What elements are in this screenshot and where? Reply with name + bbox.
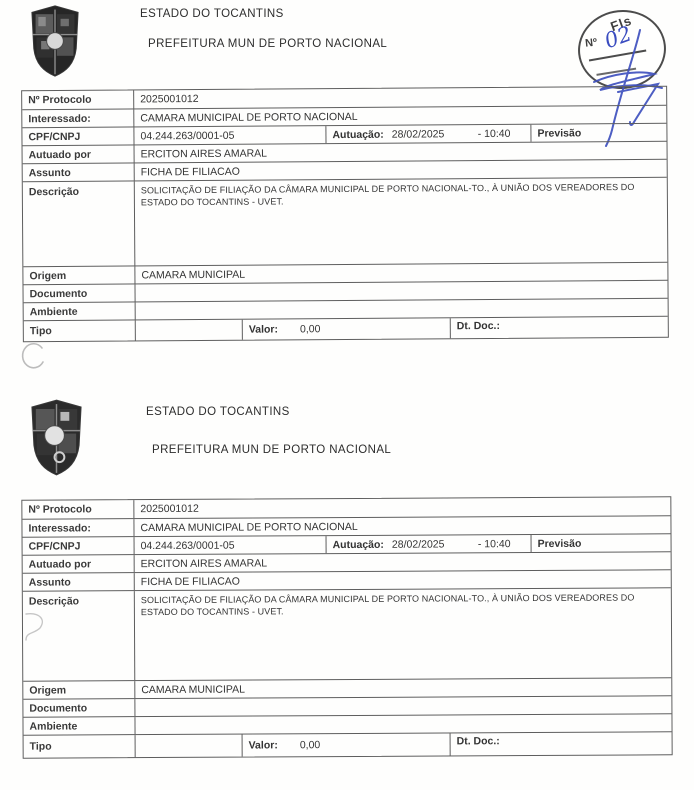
field-valor: Valor: 0,00 <box>242 733 450 756</box>
protocol-table: Nº Protocolo 2025001012 Interessado: CAM… <box>21 86 669 343</box>
field-value-documento <box>134 696 671 716</box>
field-label-cpf: CPF/CNPJ <box>22 127 133 145</box>
autuacao-time: - 10:40 <box>478 538 525 550</box>
field-label-protocolo: Nº Protocolo <box>22 90 133 109</box>
valor-value: 0,00 <box>300 739 321 751</box>
field-label-assunto: Assunto <box>23 163 134 181</box>
stamp-no-label: Nº <box>585 37 598 50</box>
table-row-protocolo: Nº Protocolo 2025001012 <box>22 497 670 518</box>
table-row-autuado: Autuado por ERCITON AIRES AMARAL <box>23 551 671 572</box>
faint-pen-mark <box>16 342 50 376</box>
field-label-protocolo: Nº Protocolo <box>22 500 133 519</box>
table-row-origem: Origem CAMARA MUNICIPAL <box>23 677 671 698</box>
field-value-interessado: CAMARA MUNICIPAL DE PORTO NACIONAL <box>133 516 670 536</box>
autuacao-label: Autuação: <box>332 128 383 140</box>
field-label-descricao: Descrição <box>23 591 134 681</box>
fls-page-stamp: Fls Nº 02 <box>574 6 670 94</box>
field-label-autuado: Autuado por <box>23 145 134 163</box>
field-value-cpf: 04.244.263/0001-05 <box>133 126 325 144</box>
coat-of-arms-logo <box>27 4 83 78</box>
field-autuacao: Autuação: 28/02/2025 - 10:40 <box>326 535 531 553</box>
field-label-documento: Documento <box>23 699 134 717</box>
table-row-documento: Documento <box>23 695 671 716</box>
field-label-descricao: Descrição <box>23 181 135 266</box>
table-row-ambiente: Ambiente <box>23 713 671 734</box>
field-value-cpf: 04.244.263/0001-05 <box>134 536 326 554</box>
previsao-label: Previsão <box>530 124 666 142</box>
field-label-cpf: CPF/CNPJ <box>23 537 134 555</box>
field-label-autuado: Autuado por <box>23 555 134 573</box>
state-title: ESTADO DO TOCANTINS <box>140 8 284 20</box>
stamp-underline <box>589 49 646 61</box>
valor-label: Valor: <box>249 323 278 335</box>
field-label-tipo: Tipo <box>24 735 135 758</box>
field-value-descricao: SOLICITAÇÃO DE FILIAÇÃO DA CÂMARA MUNICI… <box>134 588 671 680</box>
table-row-descricao: Descrição SOLICITAÇÃO DE FILIAÇÃO DA CÂM… <box>23 177 668 266</box>
field-value-protocolo: 2025001012 <box>133 497 670 518</box>
field-label-origem: Origem <box>23 266 134 284</box>
field-value-tipo <box>135 735 242 758</box>
field-value-origem: CAMARA MUNICIPAL <box>134 678 671 698</box>
dtdoc-label: Dt. Doc.: <box>450 732 672 755</box>
table-row-tipo: Tipo Valor: 0,00 Dt. Doc.: <box>24 731 672 757</box>
field-value-descricao: SOLICITAÇÃO DE FILIAÇÃO DA CÂMARA MUNICI… <box>134 178 668 266</box>
table-row-descricao: Descrição SOLICITAÇÃO DE FILIAÇÃO DA CÂM… <box>23 587 671 680</box>
field-value-ambiente <box>134 714 671 734</box>
autuacao-date: 28/02/2025 <box>392 128 445 140</box>
field-label-interessado: Interessado: <box>22 109 133 127</box>
table-row-interessado: Interessado: CAMARA MUNICIPAL DE PORTO N… <box>22 515 670 536</box>
valor-label: Valor: <box>249 739 278 751</box>
field-label-ambiente: Ambiente <box>23 717 134 735</box>
field-label-assunto: Assunto <box>23 573 134 591</box>
city-title: PREFEITURA MUN DE PORTO NACIONAL <box>148 38 387 50</box>
autuacao-time: - 10:40 <box>478 127 525 139</box>
autuacao-label: Autuação: <box>333 538 384 550</box>
previsao-label: Previsão <box>531 534 671 552</box>
field-valor: Valor: 0,00 <box>242 318 450 339</box>
field-value-protocolo: 2025001012 <box>133 87 666 109</box>
field-label-ambiente: Ambiente <box>24 302 135 320</box>
field-label-origem: Origem <box>23 681 134 699</box>
coat-of-arms-logo-2 <box>27 398 86 477</box>
field-autuacao: Autuação: 28/02/2025 - 10:40 <box>325 125 530 143</box>
stamp-underline-2 <box>596 68 636 76</box>
valor-value: 0,00 <box>300 323 321 335</box>
field-label-tipo: Tipo <box>24 320 135 341</box>
autuacao-date: 28/02/2025 <box>392 538 445 550</box>
field-label-interessado: Interessado: <box>22 519 133 537</box>
city-title-2: PREFEITURA MUN DE PORTO NACIONAL <box>152 444 391 456</box>
field-label-documento: Documento <box>23 284 134 302</box>
field-value-assunto: FICHA DE FILIACAO <box>134 570 671 590</box>
state-title-2: ESTADO DO TOCANTINS <box>146 406 290 418</box>
table-row-cpf: CPF/CNPJ 04.244.263/0001-05 Autuação: 28… <box>23 533 671 554</box>
field-value-autuado: ERCITON AIRES AMARAL <box>134 552 671 572</box>
protocol-table-2: Nº Protocolo 2025001012 Interessado: CAM… <box>21 496 672 758</box>
dtdoc-label: Dt. Doc.: <box>450 317 668 339</box>
table-row-assunto: Assunto FICHA DE FILIACAO <box>23 569 671 590</box>
field-value-tipo <box>135 320 242 341</box>
